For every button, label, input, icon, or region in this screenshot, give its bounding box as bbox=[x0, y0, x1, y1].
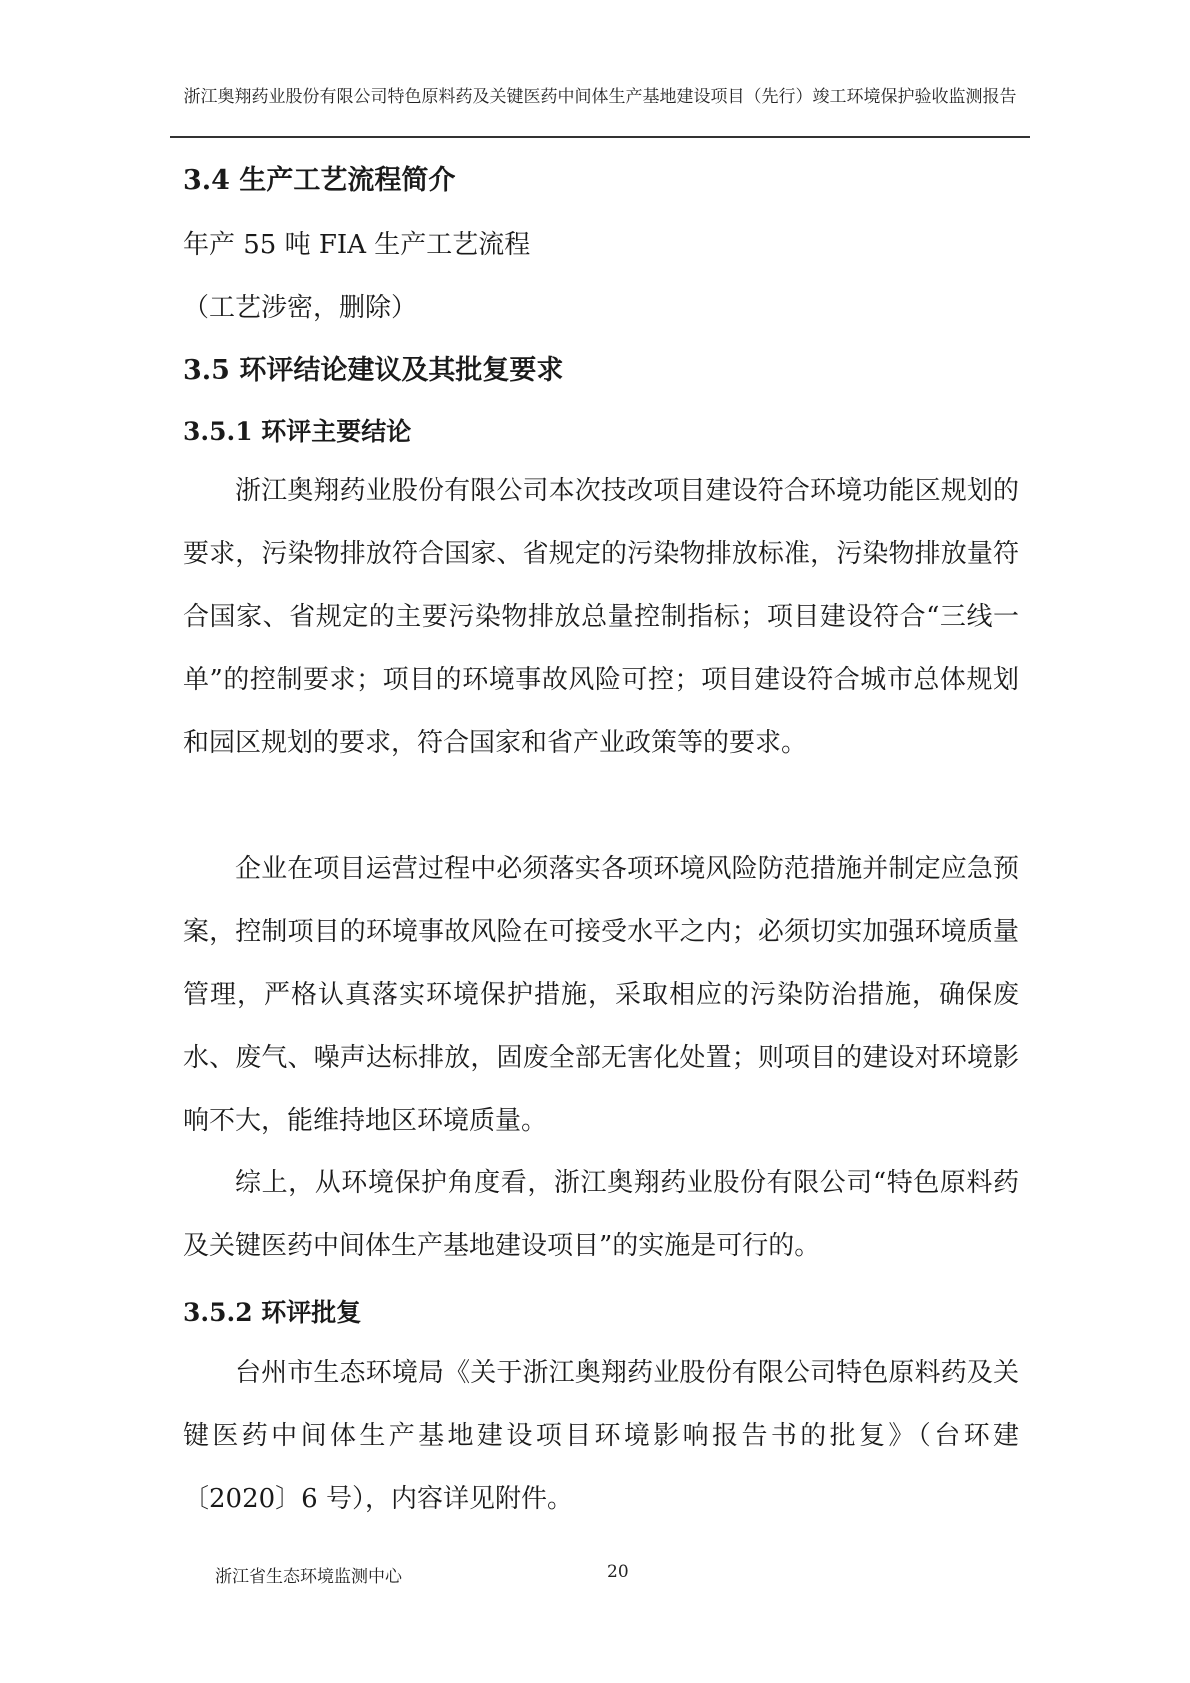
approval-paragraph: 台州市生态环境局《关于浙江奥翔药业股份有限公司特色原料药及关键医药中间体生产基地… bbox=[183, 1342, 1019, 1531]
conclusion-paragraph-3: 综上，从环境保护角度看，浙江奥翔药业股份有限公司“特色原料药及关键医药中间体生产… bbox=[183, 1152, 1019, 1278]
section-heading-3-5-2: 3.5.2 环评批复 bbox=[183, 1293, 361, 1329]
process-flow-subtitle: 年产 55 吨 FIA 生产工艺流程 bbox=[183, 224, 530, 261]
redaction-note: （工艺涉密，删除） bbox=[183, 287, 417, 324]
running-header: 浙江奥翔药业股份有限公司特色原料药及关键医药中间体生产基地建设项目（先行）竣工环… bbox=[170, 86, 1030, 108]
footer-organization: 浙江省生态环境监测中心 bbox=[215, 1562, 402, 1587]
conclusion-paragraph-2: 企业在项目运营过程中必须落实各项环境风险防范措施并制定应急预案，控制项目的环境事… bbox=[183, 838, 1019, 1153]
conclusion-paragraph-1: 浙江奥翔药业股份有限公司本次技改项目建设符合环境功能区规划的要求，污染物排放符合… bbox=[183, 460, 1019, 775]
header-divider bbox=[170, 136, 1030, 138]
section-heading-3-5: 3.5 环评结论建议及其批复要求 bbox=[183, 348, 563, 387]
page-number: 20 bbox=[607, 1562, 629, 1582]
section-heading-3-4: 3.4 生产工艺流程简介 bbox=[183, 158, 455, 197]
section-heading-3-5-1: 3.5.1 环评主要结论 bbox=[183, 412, 411, 448]
